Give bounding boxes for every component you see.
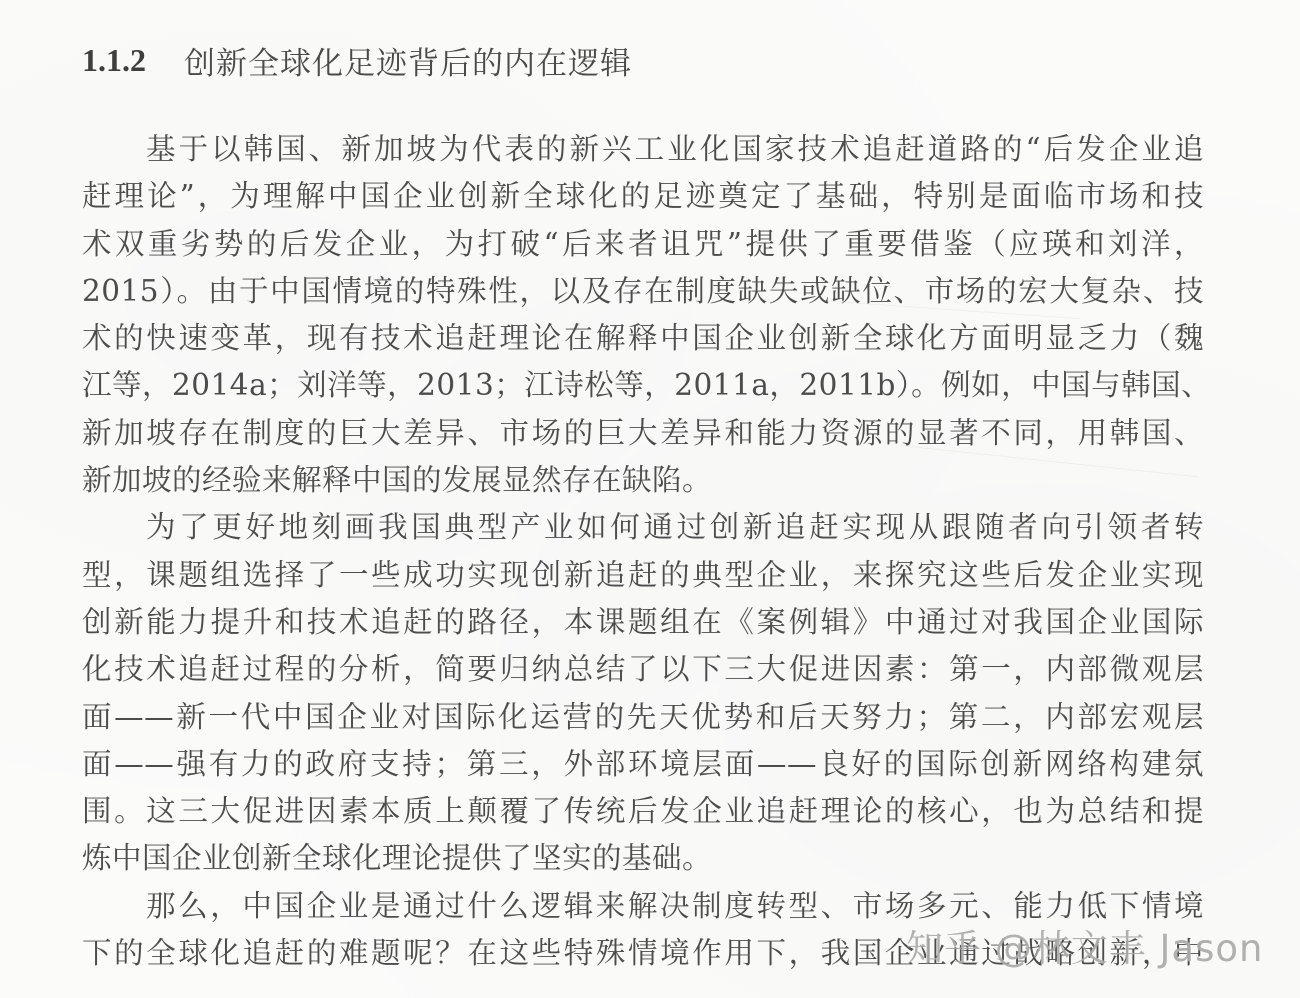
scanned-book-page: 1.1.2 创新全球化足迹背后的内在逻辑 基于以韩国、新加坡为代表的新兴工业化国…: [0, 0, 1300, 998]
text-line: 化技术追赶过程的分析，简要归纳总结了以下三大促进因素：第一，内部微观层: [82, 646, 1204, 693]
text-line: 基于以韩国、新加坡为代表的新兴工业化国家技术追赶道路的“后发企业追: [82, 126, 1204, 173]
text-line: 术双重劣势的后发企业，为打破“后来者诅咒”提供了重要借鉴（应瑛和刘洋，: [82, 221, 1204, 268]
section-number: 1.1.2: [82, 42, 146, 79]
paragraph-3: 那么，中国企业是通过什么逻辑来解决制度转型、市场多元、能力低下情境 下的全球化追…: [82, 883, 1204, 978]
text-line: 炼中国企业创新全球化理论提供了坚实的基础。: [82, 835, 1204, 882]
text-line: 创新能力提升和技术追赶的路径，本课题组在《案例辑》中通过对我国企业国际: [82, 599, 1204, 646]
paragraph-1: 基于以韩国、新加坡为代表的新兴工业化国家技术追赶道路的“后发企业追 赶理论”，为…: [82, 126, 1204, 504]
text-line: 新加坡的经验来解释中国的发展显然存在缺陷。: [82, 457, 1204, 504]
text-line: 2015）。由于中国情境的特殊性，以及存在制度缺失或缺位、市场的宏大复杂、技: [82, 268, 1204, 315]
text-line: 面——强有力的政府支持；第三，外部环境层面——良好的国际创新网络构建氛: [82, 741, 1204, 788]
text-line: 面——新一代中国企业对国际化运营的先天优势和后天努力；第二，内部宏观层: [82, 694, 1204, 741]
section-title: 创新全球化足迹背后的内在逻辑: [184, 38, 632, 83]
text-line: 新加坡存在制度的巨大差异、市场的巨大差异和能力资源的显著不同，用韩国、: [82, 410, 1204, 457]
text-line: 赶理论”，为理解中国企业创新全球化的足迹奠定了基础，特别是面临市场和技: [82, 173, 1204, 220]
text-line: 术的快速变革，现有技术追赶理论在解释中国企业创新全球化方面明显乏力（魏: [82, 315, 1204, 362]
text-line: 下的全球化追赶的难题呢？在这些特殊情境作用下，我国企业通过战略创新，中: [82, 930, 1204, 977]
text-line: 型，课题组选择了一些成功实现创新追赶的典型企业，来探究这些后发企业实现: [82, 552, 1204, 599]
text-line: 为了更好地刻画我国典型产业如何通过创新追赶实现从跟随者向引领者转: [82, 504, 1204, 551]
body-text: 基于以韩国、新加坡为代表的新兴工业化国家技术追赶道路的“后发企业追 赶理论”，为…: [82, 126, 1204, 977]
section-heading: 1.1.2 创新全球化足迹背后的内在逻辑: [82, 36, 632, 84]
text-line: 围。这三大促进因素本质上颠覆了传统后发企业追赶理论的核心，也为总结和提: [82, 788, 1204, 835]
text-line: 那么，中国企业是通过什么逻辑来解决制度转型、市场多元、能力低下情境: [82, 883, 1204, 930]
text-line: 江等，2014a；刘洋等，2013；江诗松等，2011a，2011b）。例如，中…: [82, 362, 1204, 409]
paragraph-2: 为了更好地刻画我国典型产业如何通过创新追赶实现从跟随者向引领者转 型，课题组选择…: [82, 504, 1204, 882]
